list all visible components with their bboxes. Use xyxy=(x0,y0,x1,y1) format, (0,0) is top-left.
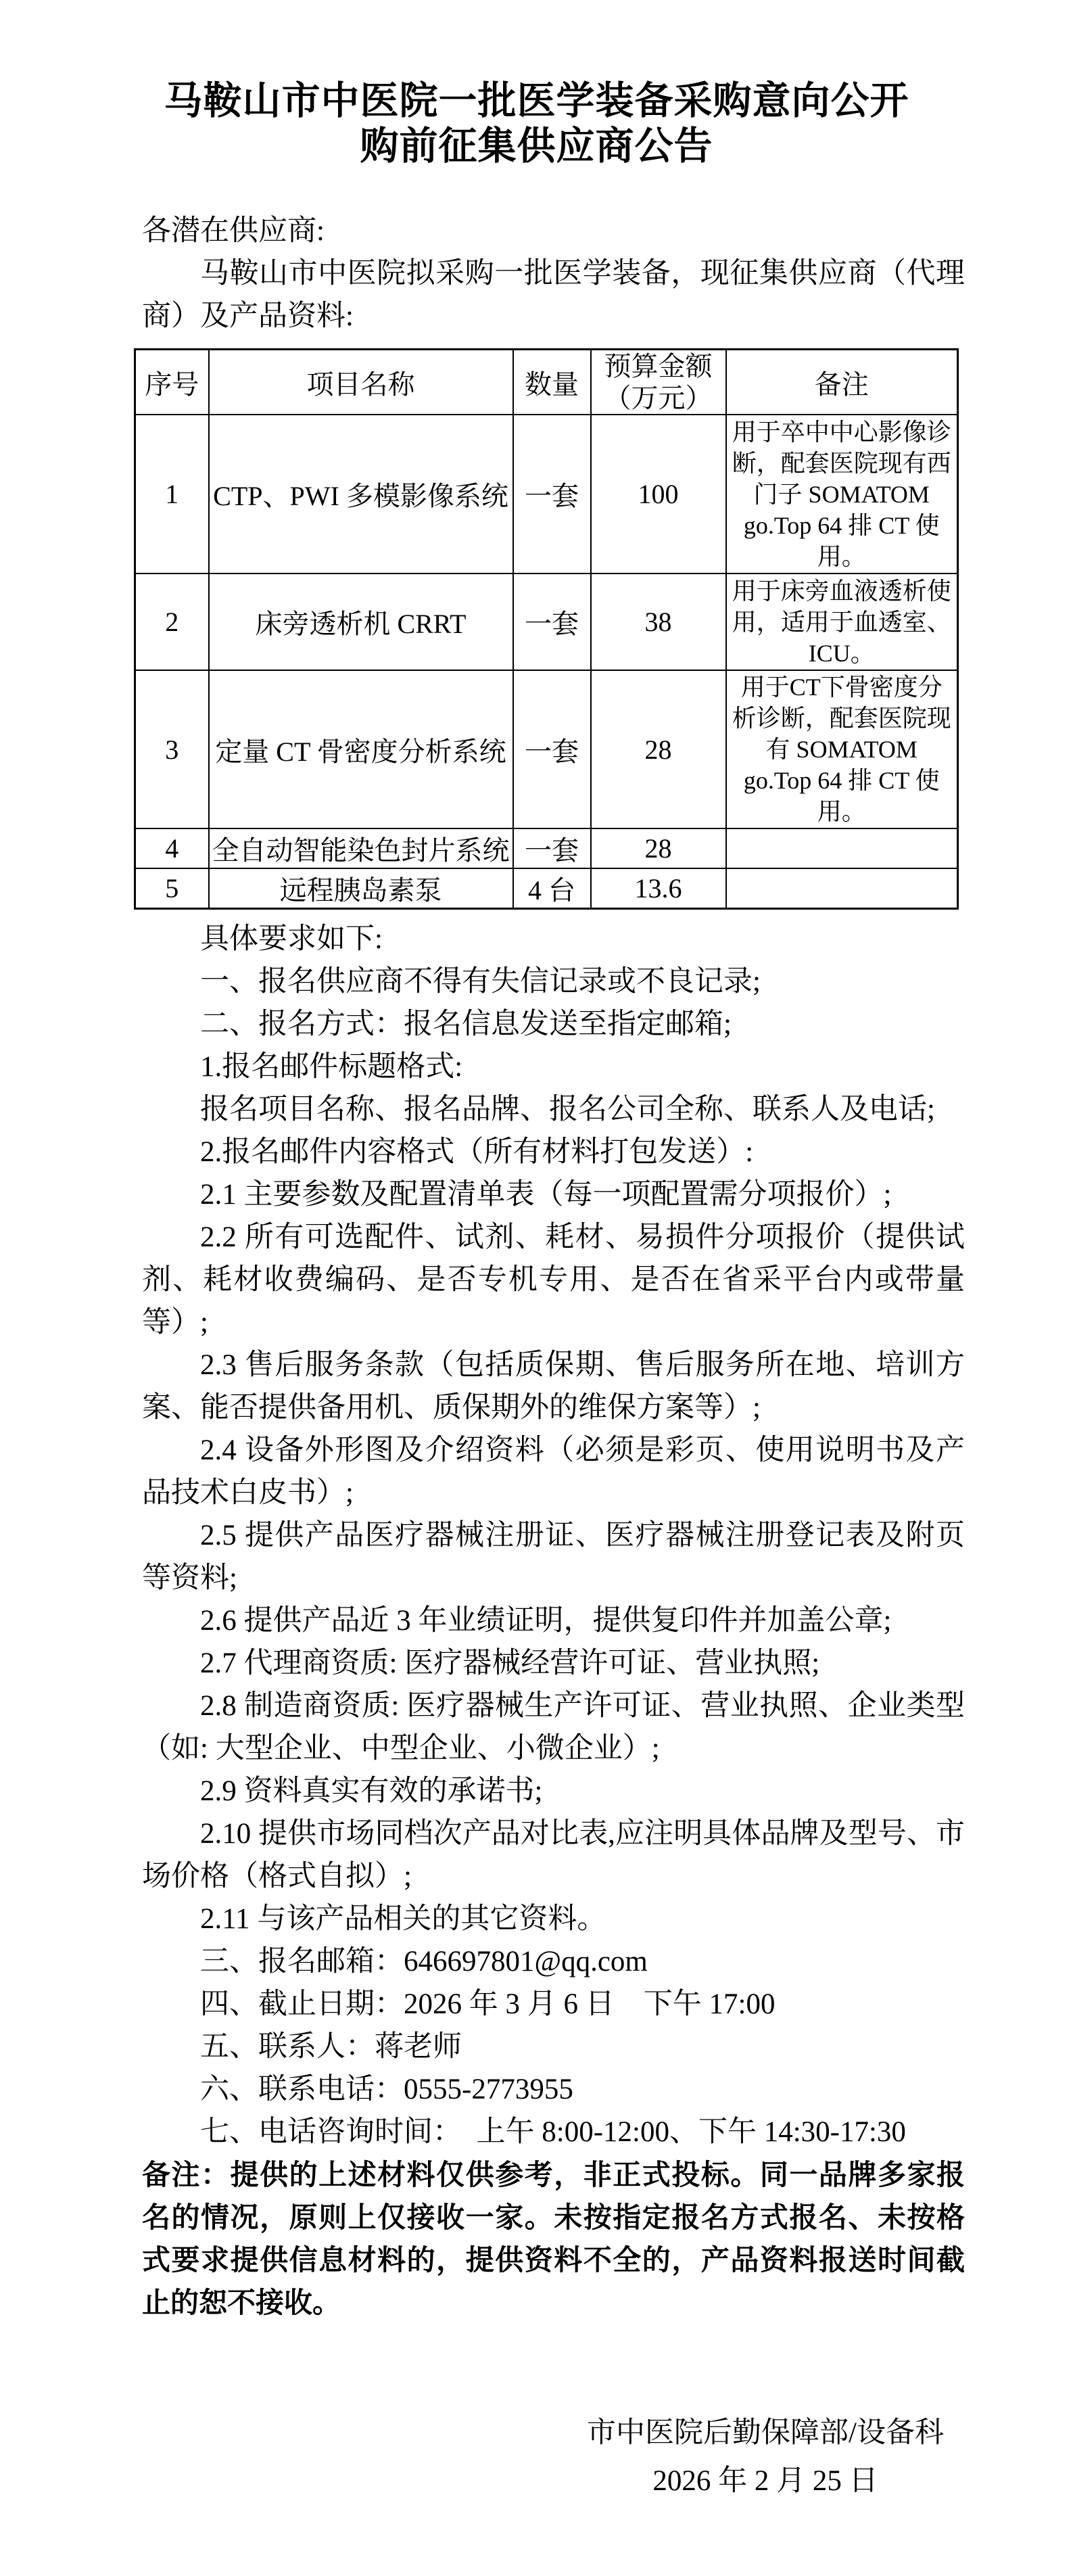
requirement-line: 2.报名邮件内容格式（所有材料打包发送）: xyxy=(142,1131,965,1173)
cell-name: 远程胰岛素泵 xyxy=(209,868,513,909)
footer-department: 市中医院后勤保障部/设备科 xyxy=(549,2409,982,2457)
cell-remark: 用于床旁血液透析使用，适用于血透室、ICU。 xyxy=(726,573,958,670)
requirements-heading: 具体要求如下: xyxy=(142,918,965,960)
requirement-line: 1.报名邮件标题格式: xyxy=(142,1046,965,1088)
cell-name: 定量 CT 骨密度分析系统 xyxy=(209,670,513,828)
cell-qty: 一套 xyxy=(513,828,591,868)
requirement-line: 2.9 资料真实有效的承诺书; xyxy=(142,1770,965,1812)
cell-qty: 一套 xyxy=(513,415,591,573)
signup-email-line: 三、报名邮箱：646697801@qq.com xyxy=(142,1940,965,1983)
table-row: 3 定量 CT 骨密度分析系统 一套 28 用于CT下骨密度分析诊断，配套医院现… xyxy=(135,670,958,828)
salutation: 各潜在供应商: xyxy=(142,210,965,252)
table-header-row: 序号 项目名称 数量 预算金额（万元） 备注 xyxy=(135,350,958,415)
cell-name: CTP、PWI 多模影像系统 xyxy=(209,415,513,573)
table-row: 2 床旁透析机 CRRT 一套 38 用于床旁血液透析使用，适用于血透室、ICU… xyxy=(135,573,958,670)
page-title-line2: 购前征集供应商公告 xyxy=(360,125,713,168)
requirement-line: 二、报名方式：报名信息发送至指定邮箱; xyxy=(142,1003,965,1046)
contact-phone-line: 六、联系电话：0555-2773955 xyxy=(142,2068,965,2111)
cell-no: 1 xyxy=(135,415,209,573)
cell-qty: 一套 xyxy=(513,573,591,670)
cell-budget: 13.6 xyxy=(591,868,726,909)
cell-no: 4 xyxy=(135,828,209,868)
requirement-line: 2.1 主要参数及配置清单表（每一项配置需分项报价）; xyxy=(142,1173,965,1216)
header-cell-budget: 预算金额（万元） xyxy=(591,350,726,415)
cell-name: 全自动智能染色封片系统 xyxy=(209,828,513,868)
deadline-line: 四、截止日期：2026 年 3 月 6 日 下午 17:00 xyxy=(142,1983,965,2025)
footer: 市中医院后勤保障部/设备科 2026 年 2 月 25 日 xyxy=(549,2409,982,2505)
header-cell-name: 项目名称 xyxy=(209,350,513,415)
intro-paragraph: 马鞍山市中医院拟采购一批医学装备，现征集供应商（代理商）及产品资料: xyxy=(142,252,965,337)
page-title: 马鞍山市中医院一批医学装备采购意向公开 购前征集供应商公告 xyxy=(0,0,1073,169)
table-row: 5 远程胰岛素泵 4 台 13.6 xyxy=(135,868,958,909)
note-paragraph: 备注：提供的上述材料仅供参考，非正式投标。同一品牌多家报名的情况，原则上仅接收一… xyxy=(142,2153,965,2324)
phone-hours-line: 七、电话咨询时间： 上午 8:00-12:00、下午 14:30-17:30 xyxy=(142,2111,965,2153)
table-row: 1 CTP、PWI 多模影像系统 一套 100 用于卒中中心影像诊断，配套医院现… xyxy=(135,415,958,573)
requirement-line: 2.4 设备外形图及介绍资料（必须是彩页、使用说明书及产品技术白皮书）; xyxy=(142,1429,965,1514)
requirement-line: 2.7 代理商资质: 医疗器械经营许可证、营业执照; xyxy=(142,1642,965,1685)
cell-remark xyxy=(726,868,958,909)
document-page: 马鞍山市中医院一批医学装备采购意向公开 购前征集供应商公告 各潜在供应商: 马鞍… xyxy=(0,0,1073,2576)
cell-no: 3 xyxy=(135,670,209,828)
requirement-line: 2.11 与该产品相关的其它资料。 xyxy=(142,1898,965,1940)
header-cell-remark: 备注 xyxy=(726,350,958,415)
cell-budget: 28 xyxy=(591,670,726,828)
contact-person-line: 五、联系人：蒋老师 xyxy=(142,2025,965,2068)
page-title-line1: 马鞍山市中医院一批医学装备采购意向公开 xyxy=(164,80,909,122)
requirement-line: 报名项目名称、报名品牌、报名公司全称、联系人及电话; xyxy=(142,1088,965,1131)
cell-remark xyxy=(726,828,958,868)
table-row: 4 全自动智能染色封片系统 一套 28 xyxy=(135,828,958,868)
cell-qty: 一套 xyxy=(513,670,591,828)
cell-remark: 用于CT下骨密度分析诊断，配套医院现有 SOMATOM go.Top 64 排 … xyxy=(726,670,958,828)
requirement-line: 一、报名供应商不得有失信记录或不良记录; xyxy=(142,960,965,1003)
cell-qty: 4 台 xyxy=(513,868,591,909)
cell-budget: 100 xyxy=(591,415,726,573)
requirement-line: 2.10 提供市场同档次产品对比表,应注明具体品牌及型号、市场价格（格式自拟）; xyxy=(142,1812,965,1898)
intro-section: 各潜在供应商: 马鞍山市中医院拟采购一批医学装备，现征集供应商（代理商）及产品资… xyxy=(142,210,965,337)
header-cell-qty: 数量 xyxy=(513,350,591,415)
cell-no: 5 xyxy=(135,868,209,909)
cell-no: 2 xyxy=(135,573,209,670)
requirements-section: 具体要求如下: 一、报名供应商不得有失信记录或不良记录; 二、报名方式：报名信息… xyxy=(142,918,965,2324)
header-cell-no: 序号 xyxy=(135,350,209,415)
requirement-line: 2.8 制造商资质: 医疗器械生产许可证、营业执照、企业类型（如: 大型企业、中… xyxy=(142,1685,965,1770)
requirement-line: 2.5 提供产品医疗器械注册证、医疗器械注册登记表及附页等资料; xyxy=(142,1514,965,1599)
requirement-line: 2.2 所有可选配件、试剂、耗材、易损件分项报价（提供试剂、耗材收费编码、是否专… xyxy=(142,1216,965,1344)
cell-remark: 用于卒中中心影像诊断，配套医院现有西门子 SOMATOM go.Top 64 排… xyxy=(726,415,958,573)
cell-name: 床旁透析机 CRRT xyxy=(209,573,513,670)
procurement-table: 序号 项目名称 数量 预算金额（万元） 备注 1 CTP、PWI 多模影像系统 … xyxy=(134,348,959,910)
cell-budget: 28 xyxy=(591,828,726,868)
cell-budget: 38 xyxy=(591,573,726,670)
footer-date: 2026 年 2 月 25 日 xyxy=(549,2457,982,2505)
requirement-line: 2.3 售后服务条款（包括质保期、售后服务所在地、培训方案、能否提供备用机、质保… xyxy=(142,1344,965,1429)
requirement-line: 2.6 提供产品近 3 年业绩证明，提供复印件并加盖公章; xyxy=(142,1599,965,1642)
